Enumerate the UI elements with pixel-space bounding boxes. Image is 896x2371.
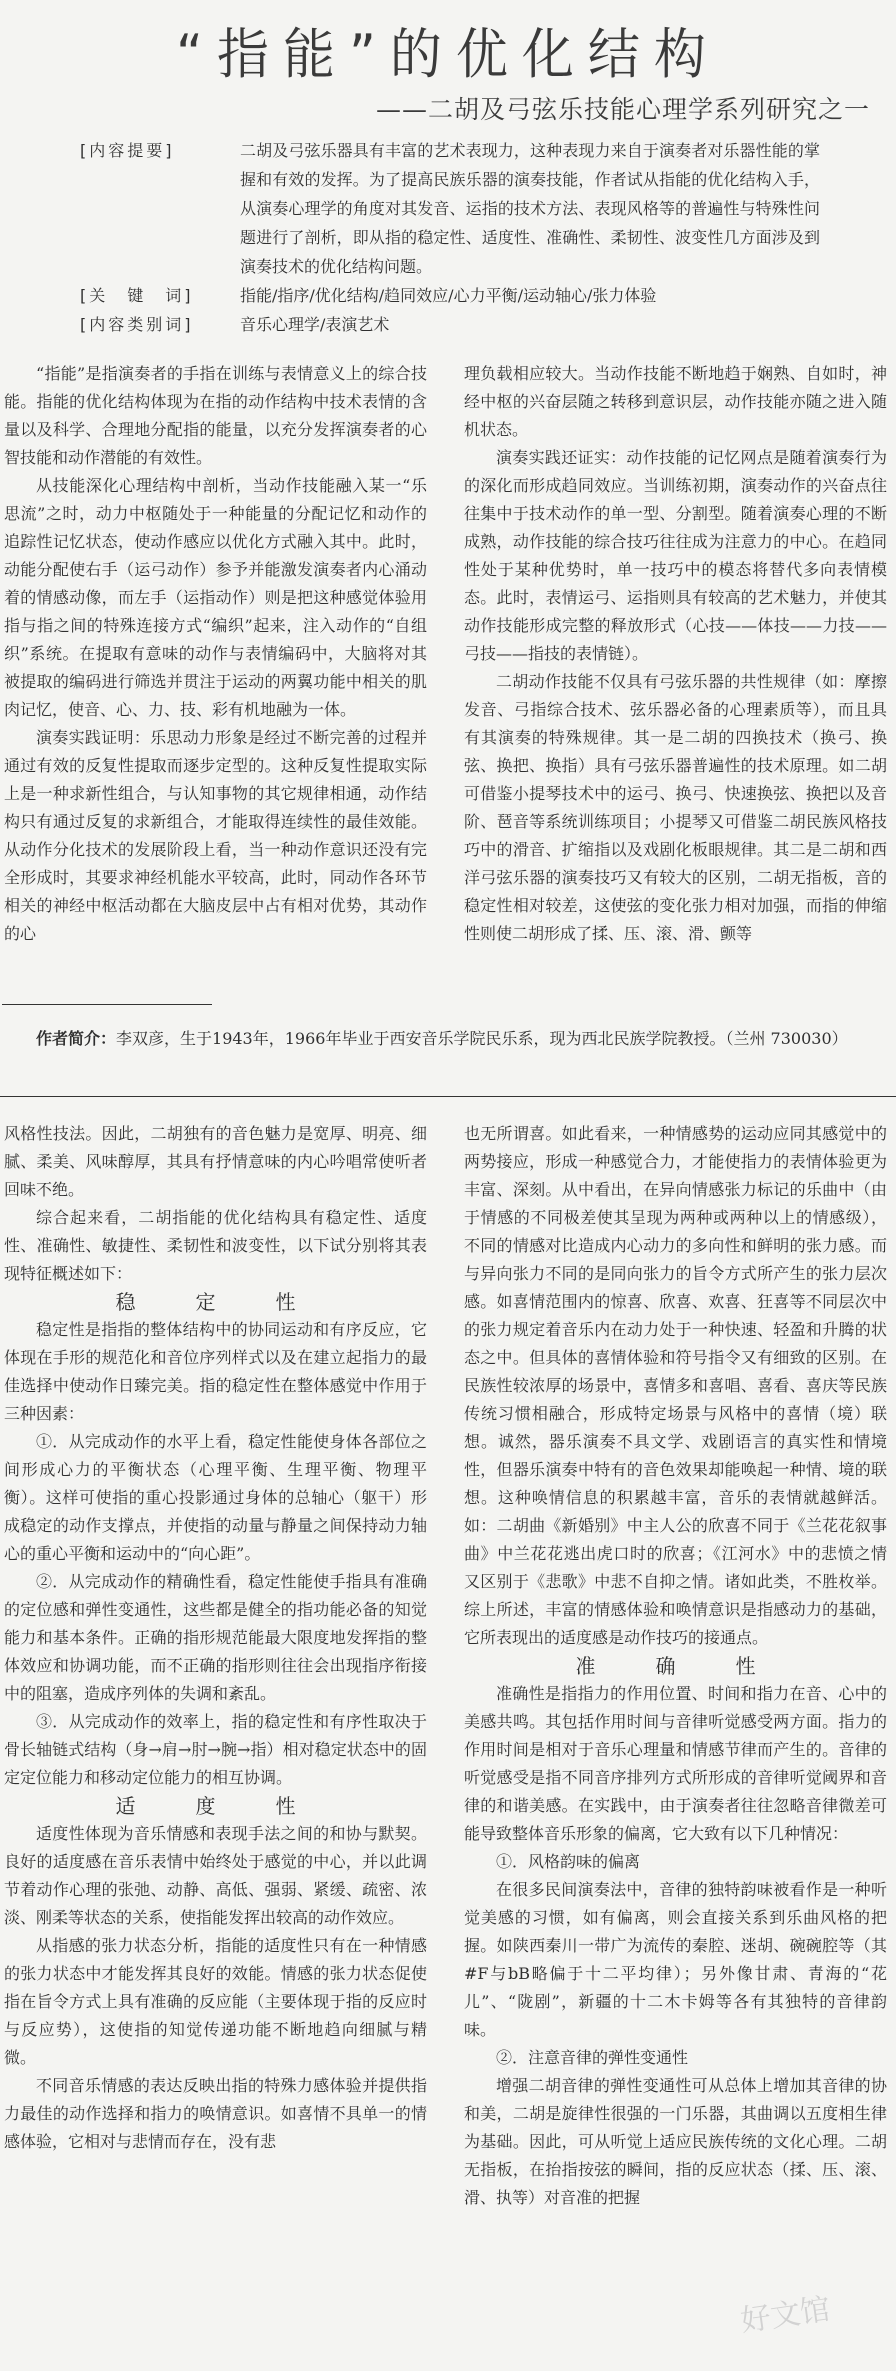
- footnote-divider: [2, 1004, 212, 1005]
- keywords-label: [关 键 词]: [80, 281, 240, 310]
- paragraph: 二胡动作技能不仅具有弓弦乐器的共性规律（如：摩擦发音、弓指综合技术、弦乐器必备的…: [464, 668, 887, 948]
- paragraph: 综合起来看，二胡指能的优化结构具有稳定性、适度性、准确性、敏捷性、柔韧性和波变性…: [4, 1204, 427, 1288]
- footnote-text: 李双彦，生于1943年，1966年毕业于西安音乐学院民乐系，现为西北民族学院教授…: [116, 1029, 848, 1048]
- footnote-label: 作者简介：: [4, 1029, 116, 1048]
- section-heading-moderation: 适 度 性: [4, 1792, 427, 1820]
- keywords-text: 指能/指序/优化结构/趋同效应/心力平衡/运动轴心/张力体验: [240, 281, 820, 310]
- article-meta: [内容提要] 二胡及弓弦乐器具有丰富的艺术表现力，这种表现力来自于演奏者对乐器性…: [80, 136, 820, 339]
- paragraph: ③．从完成动作的效率上，指的稳定性和有序性取决于骨长轴链式结构（身→肩→肘→腕→…: [4, 1708, 427, 1792]
- paragraph: 稳定性是指指的整体结构中的协同运动和有序反应，它体现在手形的规范化和音位序列样式…: [4, 1316, 427, 1428]
- section-heading-accuracy: 准 确 性: [464, 1652, 887, 1680]
- page-divider: [0, 1096, 896, 1097]
- page2-left-column: 风格性技法。因此，二胡独有的音色魅力是宽厚、明亮、细腻、柔美、风味醇厚，其具有抒…: [4, 1120, 427, 2156]
- paragraph: 从技能深化心理结构中剖析，当动作技能融入某一“乐思流”之时，动力中枢随处于一种能…: [4, 472, 427, 724]
- paragraph: 演奏实践证明：乐思动力形象是经过不断完善的过程并通过有效的反复性提取而逐步定型的…: [4, 724, 427, 948]
- paragraph: ①．从完成动作的水平上看，稳定性能使身体各部位之间形成心力的平衡状态（心理平衡、…: [4, 1428, 427, 1568]
- category-row: [内容类别词] 音乐心理学/表演艺术: [80, 310, 820, 339]
- section-heading-stability: 稳 定 性: [4, 1288, 427, 1316]
- paragraph: 从指感的张力状态分析，指能的适度性只有在一种情感的张力状态中才能发挥其良好的效能…: [4, 1932, 427, 2072]
- paragraph: 演奏实践还证实：动作技能的记忆网点是随着演奏行为的深化而形成趋同效应。当训练初期…: [464, 444, 887, 668]
- paragraph: ②．从完成动作的精确性看，稳定性能使手指具有准确的定位感和弹性变通性，这些都是健…: [4, 1568, 427, 1708]
- paragraph: 准确性是指指力的作用位置、时间和指力在音、心中的美感共鸣。其包括作用时间与音律听…: [464, 1680, 887, 1848]
- paragraph: 理负载相应较大。当动作技能不断地趋于娴熟、自如时，神经中枢的兴奋层随之转移到意识…: [464, 360, 887, 444]
- paragraph: 风格性技法。因此，二胡独有的音色魅力是宽厚、明亮、细腻、柔美、风味醇厚，其具有抒…: [4, 1120, 427, 1204]
- abstract-row: [内容提要] 二胡及弓弦乐器具有丰富的艺术表现力，这种表现力来自于演奏者对乐器性…: [80, 136, 820, 281]
- watermark-logo: 好文馆: [737, 2284, 832, 2340]
- page2-right-column: 也无所谓喜。如此看来，一种情感势的运动应同其感觉中的两势接应，形成一种感觉合力，…: [464, 1120, 887, 2212]
- author-footnote: 作者简介：李双彦，生于1943年，1966年毕业于西安音乐学院民乐系，现为西北民…: [4, 1022, 884, 1056]
- article-subtitle: ——二胡及弓弦乐技能心理学系列研究之一: [170, 90, 870, 126]
- paragraph: 适度性体现为音乐情感和表现手法之间的和协与默契。良好的适度感在音乐表情中始终处于…: [4, 1820, 427, 1932]
- paragraph: 不同音乐情感的表达反映出指的特殊力感体验并提供指力最佳的动作选择和指力的唤情意识…: [4, 2072, 427, 2156]
- page1-right-column: 理负载相应较大。当动作技能不断地趋于娴熟、自如时，神经中枢的兴奋层随之转移到意识…: [464, 360, 887, 948]
- paragraph: ①．风格韵味的偏离: [464, 1848, 887, 1876]
- paragraph: 增强二胡音律的弹性变通性可从总体上增加其音律的协和美，二胡是旋律性很强的一门乐器…: [464, 2072, 887, 2212]
- abstract-text: 二胡及弓弦乐器具有丰富的艺术表现力，这种表现力来自于演奏者对乐器性能的掌握和有效…: [240, 136, 820, 281]
- keywords-row: [关 键 词] 指能/指序/优化结构/趋同效应/心力平衡/运动轴心/张力体验: [80, 281, 820, 310]
- paragraph: 也无所谓喜。如此看来，一种情感势的运动应同其感觉中的两势接应，形成一种感觉合力，…: [464, 1120, 887, 1652]
- page1-left-column: “指能”是指演奏者的手指在训练与表情意义上的综合技能。指能的优化结构体现为在指的…: [4, 360, 427, 948]
- article-title: “指能”的优化结构: [0, 10, 896, 89]
- category-label: [内容类别词]: [80, 310, 240, 339]
- paragraph: ②．注意音律的弹性变通性: [464, 2044, 887, 2072]
- paragraph: 在很多民间演奏法中，音律的独特韵味被看作是一种听觉美感的习惯，如有偏离，则会直接…: [464, 1876, 887, 2044]
- category-text: 音乐心理学/表演艺术: [240, 310, 820, 339]
- abstract-label: [内容提要]: [80, 136, 240, 281]
- paragraph: “指能”是指演奏者的手指在训练与表情意义上的综合技能。指能的优化结构体现为在指的…: [4, 360, 427, 472]
